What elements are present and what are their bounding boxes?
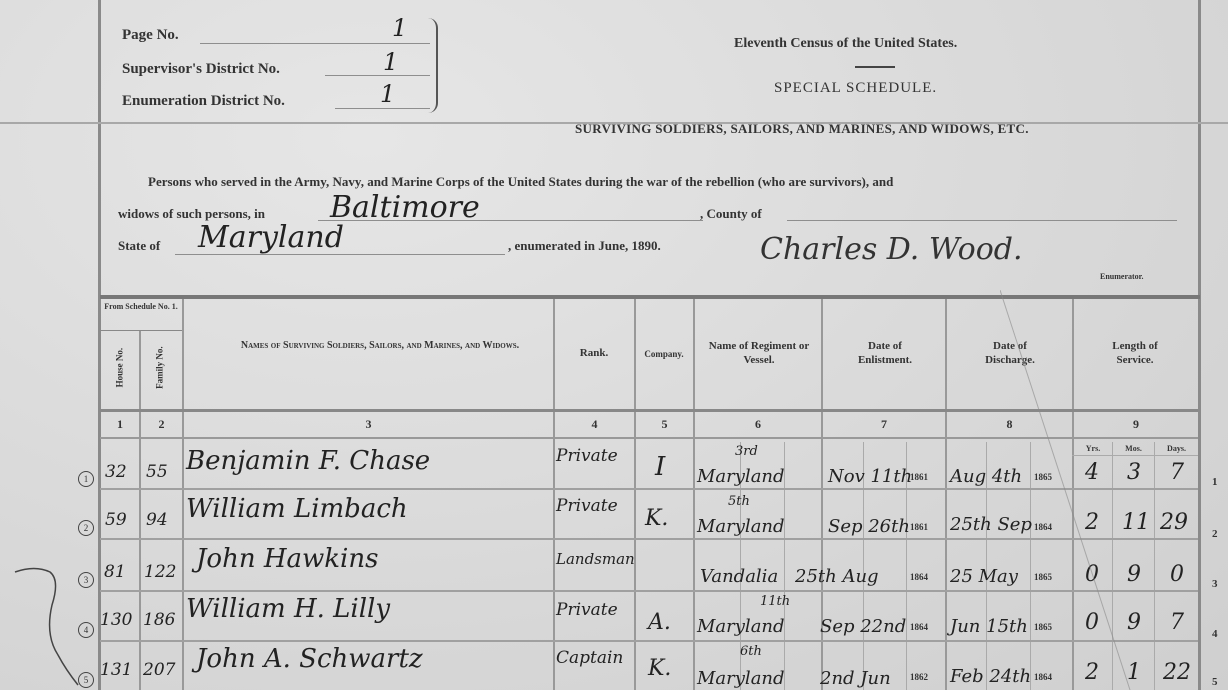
supervisor-label: Supervisor's District No. [122, 61, 280, 78]
right-line-number: 5 [1212, 676, 1218, 688]
col-num-5: 5 [636, 417, 693, 432]
family-no: 207 [143, 660, 175, 680]
col-header-enlistment: Date of Enlistment. [845, 340, 925, 368]
soldier-name: John Hawkins [196, 544, 378, 574]
regiment: Maryland [697, 466, 785, 487]
enumeration-label: Enumeration District No. [122, 93, 285, 110]
soldier-name: William Limbach [186, 494, 408, 524]
regiment: Maryland [697, 616, 785, 637]
company: A. [648, 610, 671, 635]
house-no: 131 [100, 660, 132, 680]
supervisor-line [325, 75, 430, 76]
soldier-name: William H. Lilly [186, 594, 390, 624]
col-header-house: House No. [114, 318, 125, 418]
enlist-date: 25th Aug [795, 566, 879, 587]
company: K. [645, 506, 668, 531]
col-div [182, 299, 184, 690]
service-days: 22 [1163, 660, 1191, 685]
page-no-value: 1 [392, 14, 407, 42]
regiment: Vandalia [700, 566, 778, 587]
row-line-marker: 5 [78, 672, 94, 688]
right-line-number: 1 [1212, 476, 1218, 488]
enlist-date: Sep 22nd [820, 616, 906, 637]
subcol-div [1154, 442, 1155, 690]
company: K. [648, 656, 671, 681]
rank: Private [556, 600, 618, 620]
row-line-marker: 2 [78, 520, 94, 536]
regiment-ordinal: 5th [728, 494, 750, 509]
census-title: Eleventh Census of the United States. [734, 36, 957, 52]
regiment: Maryland [697, 668, 785, 689]
title-rule [855, 66, 895, 68]
row-line-marker: 1 [78, 471, 94, 487]
left-border [98, 0, 101, 690]
rank: Private [556, 446, 618, 466]
regiment-ordinal: 11th [760, 594, 790, 609]
rank: Landsman [556, 550, 635, 568]
col-num-2: 2 [141, 417, 182, 432]
enumerated-text: , enumerated in June, 1890. [508, 238, 661, 254]
county-line [787, 220, 1177, 221]
page-no-line [200, 43, 430, 44]
enlist-year: 1861 [910, 522, 928, 532]
family-no: 186 [143, 610, 175, 630]
intro-line-1: Persons who served in the Army, Navy, an… [148, 174, 893, 190]
page-no-label: Page No. [122, 27, 179, 44]
enumeration-value: 1 [380, 80, 395, 108]
enlist-year: 1862 [910, 672, 928, 682]
right-border [1198, 0, 1201, 690]
regiment-ordinal: 6th [740, 644, 762, 659]
enlist-date: 2nd Jun [820, 668, 891, 689]
col-num-1: 1 [101, 417, 139, 432]
rank: Captain [556, 648, 623, 668]
house-no: 130 [100, 610, 132, 630]
col-num-3: 3 [184, 417, 553, 432]
county-label: , County of [700, 206, 762, 222]
margin-brace-mark [10, 560, 80, 690]
enumerator-signature: Charles D. Wood. [760, 232, 1023, 267]
enlist-year: 1864 [910, 572, 928, 582]
house-no: 81 [104, 562, 126, 582]
house-no: 32 [105, 462, 127, 482]
subcol-days: Days. [1155, 444, 1198, 454]
service-days: 0 [1170, 562, 1184, 587]
schedule-subtitle: SURVIVING SOLDIERS, SAILORS, AND MARINES… [575, 121, 1029, 137]
regiment: Maryland [697, 516, 785, 537]
col-header-names: Names of Surviving Soldiers, Sailors, an… [240, 340, 520, 353]
header-brace [426, 18, 438, 113]
family-no: 122 [144, 562, 176, 582]
enlist-date: Sep 26th [828, 516, 910, 537]
schedule-title: SPECIAL SCHEDULE. [774, 80, 937, 97]
right-line-number: 4 [1212, 628, 1218, 640]
enlist-year: 1864 [910, 622, 928, 632]
enumerator-label: Enumerator. [1100, 272, 1143, 281]
state-label: State of [118, 238, 160, 254]
col-div [139, 330, 141, 690]
state-value: Maryland [198, 220, 344, 255]
col-div [693, 299, 695, 690]
col-header-family: Family No. [154, 318, 165, 418]
regiment-ordinal: 3rd [735, 444, 758, 459]
right-line-number: 2 [1212, 528, 1218, 540]
service-days: 7 [1170, 610, 1184, 635]
right-line-number: 3 [1212, 578, 1218, 590]
rank: Private [556, 496, 618, 516]
col-num-4: 4 [555, 417, 634, 432]
col-header-regiment: Name of Regiment or Vessel. [705, 340, 813, 368]
family-no: 55 [146, 462, 168, 482]
col-num-7: 7 [823, 417, 945, 432]
schedule-rule [100, 330, 182, 331]
row-line-marker: 3 [78, 572, 94, 588]
service-days: 7 [1170, 460, 1184, 485]
company: I [655, 452, 665, 482]
service-days: 29 [1160, 510, 1188, 535]
enlist-date: Nov 11th [828, 466, 912, 487]
col-div [945, 299, 947, 690]
enlist-year: 1861 [910, 472, 928, 482]
city-value: Baltimore [330, 190, 480, 225]
row-line-marker: 4 [78, 622, 94, 638]
col-header-rank: Rank. [555, 347, 633, 361]
house-no: 59 [105, 510, 127, 530]
from-schedule-header: From Schedule No. 1. [101, 302, 181, 312]
col-header-company: Company. [636, 349, 692, 360]
family-no: 94 [146, 510, 168, 530]
soldier-name: John A. Schwartz [196, 644, 423, 674]
enumeration-line [335, 108, 430, 109]
soldier-name: Benjamin F. Chase [186, 446, 430, 476]
supervisor-value: 1 [383, 48, 398, 76]
diagonal-pen-stroke [1000, 290, 1140, 690]
col-num-6: 6 [695, 417, 821, 432]
